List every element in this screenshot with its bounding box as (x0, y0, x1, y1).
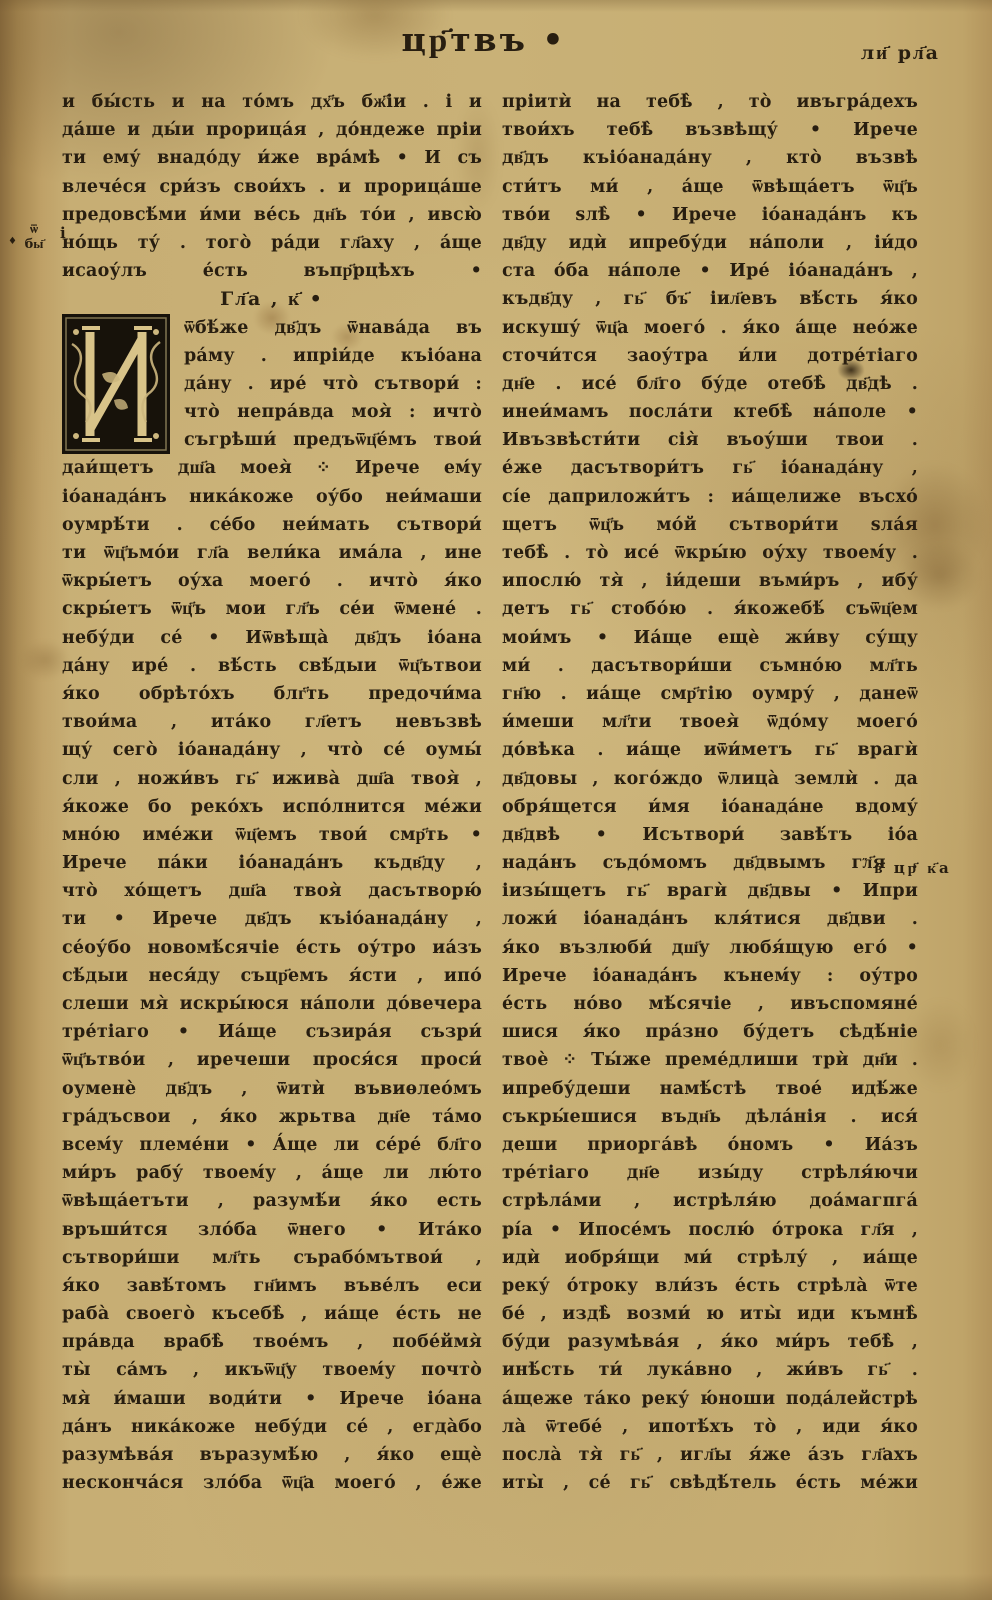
text-line: твои́хъ тебѣ̀ възвѣщу́ • Ирече (502, 116, 918, 144)
text-line: дв҃двѣ • Исътвори́ завѣ́тъ іо́а (502, 821, 918, 849)
text-line: ложи́ іо́анада́нъ кля́тися дв҃дви . (502, 905, 918, 933)
text-line: раба̀ своего̀ късебѣ̀ , иа́ще е́сть не (62, 1300, 482, 1328)
text-line: да́ну ире́ . вѣ́сть свѣ́дыи ѿц҃ътвои (62, 652, 482, 680)
text-line: сі́е даприложи́тъ : иа́щелиже въсхо́ (502, 483, 918, 511)
text-line: а́щеже та́ко реку́ ю́ноши пода́лейстрѣ (502, 1385, 918, 1413)
text-line: ми́ръ рабу́ твоем́у , а́ще ли лю́то (62, 1159, 482, 1187)
text-line: да́нъ ника́коже небу́ди се́ , егда̀бо (62, 1413, 482, 1441)
column-left-top: и бы́сть и на то́мъ дх҃ъ бж҃іи . і ида́ш… (62, 88, 482, 285)
text-line: твоѐ ⁘ Ты́же преме́длиши трѝ дн҃и . (502, 1046, 918, 1074)
text-line: дн҃е . исе́ бл҃го бу́де отебѣ̀ дв҃дѣ . (502, 370, 918, 398)
text-line: идѝ иобря́щи ми́ стрѣлу́ , иа́ще (502, 1244, 918, 1272)
page-edge-bottom (0, 1574, 992, 1600)
text-line: и бы́сть и на то́мъ дх҃ъ бж҃іи . і и (62, 88, 482, 116)
text-line: връши́тся зло́ба ѿнего • Ита́ко (62, 1216, 482, 1244)
text-line: твои́ма , ита́ко гл҃етъ невъзвѣ (62, 708, 482, 736)
text-line: Ирече па́ки іо́анада́нъ къдв҃ду , (62, 849, 482, 877)
folio-number: ли҃ рл҃а (861, 42, 940, 65)
text-line: нада́нъ съдо́момъ дв҃двымъ гл҃я . (502, 849, 918, 877)
text-line: тре́тіаго • Иа́ще съзира́я съзри́ (62, 1018, 482, 1046)
text-line: несконча́ся зло́ба ѿц҃а моего́ , е́же (62, 1469, 482, 1497)
text-line: тебѣ̀ . то̀ исе́ ѿкры́ю оу́ху твоем́у . (502, 539, 918, 567)
text-line: обря́щется и́мя іо́анада́не вдому́ (502, 793, 918, 821)
text-line: шися я́ко пра́зно бу́детъ сѣдѣ́ніе (502, 1018, 918, 1046)
text-line: но́щь ту́ . того̀ ра́ди гл҃аху , а́ще (62, 229, 482, 257)
text-line: сточи́тся заоу́тра и́ли дотре́тіаго (502, 342, 918, 370)
text-line: е́сть но́во мѣ́сячіе , ивъспомяне́ (502, 990, 918, 1018)
drop-cap-initial (62, 314, 170, 460)
text-line: ла̀ ѿтебе́ , ипотѣ́хъ то̀ , иди я́ко (502, 1413, 918, 1441)
text-line: сли , ножи́въ гь҃ ижива̀ дш҃а твоя̀ , (62, 765, 482, 793)
text-line: инѣ́сть ти́ лука́вно , жи́въ гь҃ . (502, 1356, 918, 1384)
text-line: ти ѿц҃ъмо́и гл҃а вели́ка има́ла , ине (62, 539, 482, 567)
text-line: бе́ , издѣ̀ возми́ ю иты̀ иди къмнѣ̀ (502, 1300, 918, 1328)
text-line: деши приорга́вѣ о́номъ • Иа́зъ (502, 1131, 918, 1159)
text-line: всем́у племе́ни • А́ще ли се́ре́ бл҃го (62, 1131, 482, 1159)
text-line: да́ше и ды́и прорица́я , до́ндеже пріи (62, 116, 482, 144)
text-line: мои́мъ • Иа́ще ещѐ жи́ву су́щу (502, 624, 918, 652)
text-line: ипослю́ тя̀ , іи́деши въми́ръ , ибу́ (502, 567, 918, 595)
text-line: посла̀ тя̀ гь҃ , игл҃ы я́же а́зъ гл҃ахъ (502, 1441, 918, 1469)
text-line: щетъ ѿц҃ъ мо́й сътвори́ти ѕла́я (502, 511, 918, 539)
column-right-body: пріитѝ на тебѣ̀ , то̀ ивъгра́дехътвои́хъ… (502, 88, 918, 1497)
text-line: пра́вда врабѣ̀ твое́мъ , побе́ймя̀ (62, 1328, 482, 1356)
text-line: реку́ о́троку вли́зъ е́сть стрѣла̀ ѿте (502, 1272, 918, 1300)
text-line: се́оу́бо новомѣ́сячіе е́сть оу́тро иа́зъ (62, 934, 482, 962)
text-line: стрѣла́ми , истрѣля́ю доа́магпга́ (502, 1187, 918, 1215)
text-line: небу́ди се́ • Иѿвѣща̀ дв҃дъ іо́ана (62, 624, 482, 652)
text-line: тво́и ѕлѣ̀ • Ирече іо́анада́нъ къ (502, 201, 918, 229)
text-line: сти́тъ ми́ , а́ще ѿвѣща́етъ ѿц҃ъ (502, 173, 918, 201)
text-column-left: и бы́сть и на то́мъ дх҃ъ бж҃іи . і ида́ш… (62, 88, 482, 1497)
text-line: ѿц҃ътво́и , иречеши прося́ся проси́ (62, 1046, 482, 1074)
text-line: я́ко завѣ́томъ гн҃имъ въве́лъ еси (62, 1272, 482, 1300)
text-line: бу́ди разумѣва́я , я́ко ми́ръ тебѣ̀ , (502, 1328, 918, 1356)
book-page: { "page": { "running_title": "цр҃твъ •",… (0, 0, 992, 1600)
page-edge-top (0, 0, 992, 12)
text-line: мно́ю име́жи ѿц҃емъ твои́ смр҃ть • (62, 821, 482, 849)
text-line: разумѣва́я въразумѣ́ю , я́ко ещѐ (62, 1441, 482, 1469)
text-line: я́ко обрѣто́хъ блг҃ть предочи́ма (62, 680, 482, 708)
text-line: е́же дасътвори́тъ гь҃ іо́анада́ну , (502, 454, 918, 482)
margin-note-left: ♦ ѿ бы҃ (8, 222, 60, 252)
text-line: ста о́ба на́поле • Ире́ іо́анада́нъ , (502, 257, 918, 285)
text-line: слеши мя̀ искры́юся на́поли до́вечера (62, 990, 482, 1018)
text-line: іизы́щетъ гь҃ врагѝ дв҃двы • Ипри (502, 877, 918, 905)
text-line: съкры́ешися въдн҃ь дѣла́нія . ися́ (502, 1103, 918, 1131)
text-line: детъ гь҃ стобо́ю . я́кожебѣ́ съѿц҃ем (502, 595, 918, 623)
text-line: къдв҃ду , гь҃ бъ҃ іил҃евъ вѣ́сть я́ко (502, 285, 918, 313)
running-title: цр҃твъ • (0, 20, 980, 60)
text-line: щу́ сего̀ іо́анада́ну , что̀ се́ оумы́ (62, 736, 482, 764)
text-line: оуменѐ дв҃дъ , ѿитѝ въвиѳлео́мъ (62, 1075, 482, 1103)
text-line: скры́етъ ѿц҃ъ мои гл҃ъ се́и ѿмене́ . (62, 595, 482, 623)
text-line: іо́анада́нъ ника́коже оу́бо неи́маши (62, 483, 482, 511)
text-line: рі́а • Ипосе́мъ послю́ о́трока гл҃я , (502, 1216, 918, 1244)
text-line: гра́дъсвои , я́ко жрьтва дн҃е та́мо (62, 1103, 482, 1131)
text-line: предовсѣ́ми и́ми ве́сь дн҃ь то́и , ивсю̀ (62, 201, 482, 229)
text-line: исаоу́лъ е́сть въпр҃рцѣхъ • (62, 257, 482, 285)
text-line: я́ко възлюби́ дш҃у любя́щую его́ • (502, 934, 918, 962)
text-column-right: пріитѝ на тебѣ̀ , то̀ ивъгра́дехътвои́хъ… (502, 88, 918, 1497)
text-line: ипребу́деши намѣ́стѣ твое́ идѣ́же (502, 1075, 918, 1103)
text-line: ми́ . дасътвори́ши съмно́ю мл҃ть (502, 652, 918, 680)
text-line: гн҃ю . иа́ще смр҃тію оумру́ , данеѿ (502, 680, 918, 708)
text-line: пріитѝ на тебѣ̀ , то̀ ивъгра́дехъ (502, 88, 918, 116)
text-line: ѿвѣща́етъти , разумѣ́и я́ко есть (62, 1187, 482, 1215)
diamond-mark-icon: ♦ (8, 234, 17, 249)
text-line: влече́ся сри́зъ свои́хъ . и прорица́ше (62, 173, 482, 201)
text-line: дв҃дъ къіо́анада́ну , кто̀ възвѣ (502, 144, 918, 172)
text-line: искушу́ ѿц҃а моего́ . я́ко а́ще нео́же (502, 314, 918, 342)
text-line: оумрѣ́ти . се́бо неи́мать сътвори́ (62, 511, 482, 539)
text-line: что̀ хо́щетъ дш҃а твоя̀ дасътворю́ (62, 877, 482, 905)
text-line: я́коже бо реко́хъ испо́лнится ме́жи (62, 793, 482, 821)
text-line: ти • Ирече дв҃дъ къіо́анада́ну , (62, 905, 482, 933)
text-line: сѣ́дыи неся́ду съцр҃емъ я́сти , ипо́ (62, 962, 482, 990)
text-line: ты̀ са́мъ , икъѿц҃у твоем́у почто̀ (62, 1356, 482, 1384)
column-left-body: даи́щетъ дш҃а моея̀ ⁘ Ирече ем́уіо́анада… (62, 454, 482, 1497)
text-line: ѿкры́етъ оу́ха моего́ . ичто̀ я́ко (62, 567, 482, 595)
text-line: Ирече іо́анада́нъ кънем́у : оу́тро (502, 962, 918, 990)
text-line: до́вѣка . иа́ще иѿи́метъ гь҃ врагѝ (502, 736, 918, 764)
text-line: дв҃довы , кого́ждо ѿлица̀ землѝ . да (502, 765, 918, 793)
text-line: тре́тіаго дн҃е изы́ду стрѣля́ючи (502, 1159, 918, 1187)
text-line: иты̀ , се́ гь҃ свѣдѣ́тель е́сть ме́жи (502, 1469, 918, 1497)
chapter-heading: Гл҃а , к҃ • (62, 285, 482, 313)
text-line: Ивъзвѣсти́ти сія̀ въоу́ши твои . (502, 426, 918, 454)
text-line: ти ему́ внадо́ду и́же вра́мѣ • И съ (62, 144, 482, 172)
text-line: и́меши мл҃ти твоея̀ ѿдо́му моего́ (502, 708, 918, 736)
text-line: сътвори́ши мл҃ть сърабо́мътвои́ , (62, 1244, 482, 1272)
text-line: инеи́мамъ посла́ти ктебѣ̀ на́поле • (502, 398, 918, 426)
text-line: дв҃ду идѝ ипребу́ди на́поли , іи́до (502, 229, 918, 257)
text-line: мя̀ и́маши води́ти • Ирече іо́ана (62, 1385, 482, 1413)
